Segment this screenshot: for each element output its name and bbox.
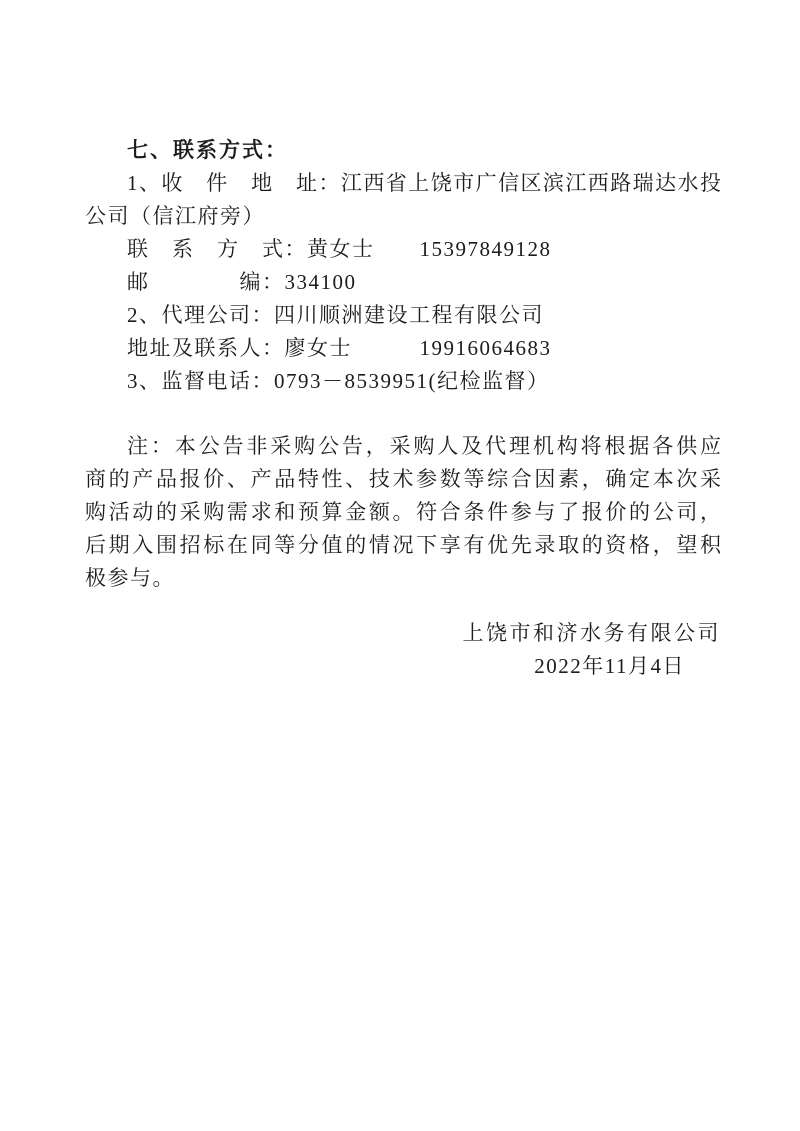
agency-line: 2、代理公司：四川顺洲建设工程有限公司 (85, 299, 721, 332)
note-line-4: 后期入围招标在同等分值的情况下享有优先录取的资格，望积 (85, 529, 721, 562)
document-page: 七、联系方式： 1、收 件 地 址：江西省上饶市广信区滨江西路瑞达水投 公司（信… (0, 0, 800, 1131)
signature-date: 2022年11月4日 (85, 650, 721, 683)
blank-line (85, 595, 721, 617)
recipient-address-line-1: 1、收 件 地 址：江西省上饶市广信区滨江西路瑞达水投 (85, 167, 721, 200)
note-line-5: 极参与。 (85, 562, 721, 595)
note-line-3: 购活动的采购需求和预算金额。符合条件参与了报价的公司， (85, 496, 721, 529)
postal-code-line: 邮 编：334100 (85, 266, 721, 299)
document-content: 七、联系方式： 1、收 件 地 址：江西省上饶市广信区滨江西路瑞达水投 公司（信… (85, 134, 721, 683)
agency-contact-line: 地址及联系人：廖女士 19916064683 (85, 332, 721, 365)
section-heading: 七、联系方式： (85, 134, 721, 167)
note-line-2: 商的产品报价、产品特性、技术参数等综合因素，确定本次采 (85, 463, 721, 496)
contact-person-line: 联 系 方 式：黄女士 15397849128 (85, 233, 721, 266)
supervision-phone-line: 3、监督电话：0793－8539951(纪检监督） (85, 365, 721, 398)
blank-line (85, 398, 721, 430)
signature-company: 上饶市和济水务有限公司 (85, 617, 721, 650)
note-line-1: 注：本公告非采购公告，采购人及代理机构将根据各供应 (85, 430, 721, 463)
recipient-address-line-2: 公司（信江府旁） (85, 200, 721, 233)
